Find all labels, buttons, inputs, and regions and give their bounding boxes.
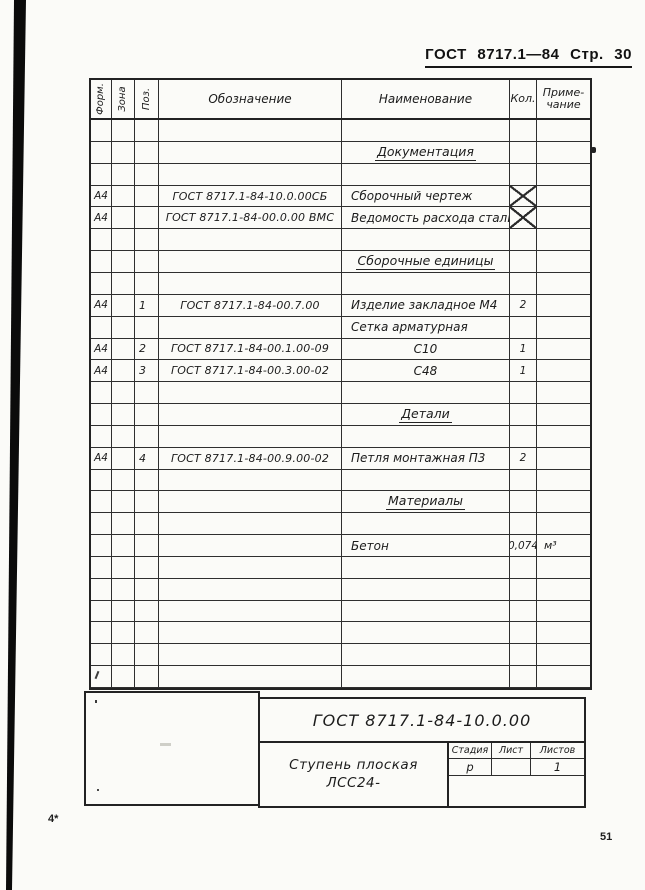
spec-row-20: Бетон0,074м³ <box>91 535 590 557</box>
stage-label: Стадия <box>449 743 492 759</box>
cell-note <box>537 382 590 404</box>
cell-form: А4 <box>91 295 112 317</box>
cell-note <box>537 295 590 317</box>
cell-zone <box>112 579 135 601</box>
cell-zone <box>112 295 135 317</box>
cell-designation <box>159 251 342 273</box>
cell-note <box>537 251 590 273</box>
title-block-left-empty-box <box>84 691 260 806</box>
spec-row-5: А4ГОСТ 8717.1-84-00.0.00 ВМСВедомость ра… <box>91 207 590 229</box>
cell-pos: 1 <box>135 295 159 317</box>
page-number: 51 <box>600 831 612 843</box>
cell-zone <box>112 229 135 251</box>
cell-qty: 2 <box>510 295 537 317</box>
cell-zone <box>112 164 135 186</box>
cell-note <box>537 207 590 229</box>
cell-name: Детали <box>342 404 510 426</box>
cell-qty <box>510 273 537 295</box>
cell-pos <box>135 557 159 579</box>
cell-name: Петля монтажная П3 <box>342 448 510 470</box>
cell-form <box>91 557 112 579</box>
stage-value: р <box>449 759 492 776</box>
cell-zone <box>112 273 135 295</box>
cell-qty <box>510 404 537 426</box>
spec-row-10: Сетка арматурная <box>91 317 590 339</box>
cell-designation <box>159 513 342 535</box>
cell-qty: 2 <box>510 448 537 470</box>
cell-note <box>537 229 590 251</box>
cell-designation <box>159 229 342 251</box>
cell-name: Ведомость расхода стали <box>342 207 510 229</box>
product-name-line2: ЛСС24- <box>326 775 380 793</box>
cell-name: С10 <box>342 339 510 361</box>
spec-row-23 <box>91 601 590 623</box>
cell-qty <box>510 513 537 535</box>
sheet-label: Лист <box>492 743 531 759</box>
cell-zone <box>112 535 135 557</box>
cell-qty <box>510 644 537 666</box>
cell-name: Материалы <box>342 491 510 513</box>
cell-name: Сборочный чертеж <box>342 186 510 208</box>
cell-zone <box>112 448 135 470</box>
cell-qty <box>510 120 537 142</box>
cell-designation: ГОСТ 8717.1-84-00.9.00-02 <box>159 448 342 470</box>
cell-designation <box>159 666 342 688</box>
spec-row-24 <box>91 622 590 644</box>
spec-row-16: А44ГОСТ 8717.1-84-00.9.00-02Петля монтаж… <box>91 448 590 470</box>
cell-pos <box>135 666 159 688</box>
column-header-designation: Обозначение <box>159 80 342 118</box>
cell-name <box>342 164 510 186</box>
cell-pos <box>135 382 159 404</box>
column-header-form: Форм. <box>91 80 112 118</box>
cell-zone <box>112 470 135 492</box>
cell-designation <box>159 622 342 644</box>
spec-row-26 <box>91 666 590 688</box>
cell-qty <box>510 557 537 579</box>
cell-zone <box>112 142 135 164</box>
cell-designation <box>159 491 342 513</box>
cell-note <box>537 142 590 164</box>
cell-name <box>342 273 510 295</box>
cell-pos <box>135 317 159 339</box>
cell-name: Изделие закладное М4 <box>342 295 510 317</box>
spec-row-6 <box>91 229 590 251</box>
page-header: ГОСТ 8717.1—84 Стр. 30 <box>425 46 632 68</box>
section-heading: Материалы <box>386 493 465 510</box>
title-block-lower: Ступень плоская ЛСС24- Стадия Лист Листо… <box>260 743 584 806</box>
qty-cross-mark <box>510 186 537 208</box>
cell-form <box>91 273 112 295</box>
cell-designation <box>159 470 342 492</box>
cell-pos <box>135 404 159 426</box>
cell-designation: ГОСТ 8717.1-84-00.1.00-09 <box>159 339 342 361</box>
cell-form <box>91 164 112 186</box>
sheet-value <box>492 759 531 776</box>
spec-row-9: А41ГОСТ 8717.1-84-00.7.00Изделие закладн… <box>91 295 590 317</box>
cell-pos <box>135 470 159 492</box>
cell-zone <box>112 601 135 623</box>
title-block-designation: ГОСТ 8717.1-84-10.0.00 <box>260 699 584 743</box>
scan-artifact <box>591 147 596 153</box>
cell-note <box>537 317 590 339</box>
cell-qty <box>510 601 537 623</box>
cell-pos <box>135 601 159 623</box>
cell-zone <box>112 513 135 535</box>
cell-qty: 1 <box>510 339 537 361</box>
cell-qty <box>510 579 537 601</box>
cell-name <box>342 120 510 142</box>
cell-zone <box>112 557 135 579</box>
cell-name <box>342 666 510 688</box>
section-heading: Документация <box>375 144 476 161</box>
cell-form <box>91 470 112 492</box>
cell-form <box>91 404 112 426</box>
spec-row-2: Документация <box>91 142 590 164</box>
cell-pos: 3 <box>135 360 159 382</box>
cell-pos <box>135 142 159 164</box>
cell-pos <box>135 273 159 295</box>
cell-name <box>342 622 510 644</box>
cell-designation <box>159 142 342 164</box>
spec-row-1 <box>91 120 590 142</box>
cell-zone <box>112 382 135 404</box>
cell-note <box>537 513 590 535</box>
spec-row-15 <box>91 426 590 448</box>
cell-note <box>537 448 590 470</box>
cell-form <box>91 317 112 339</box>
cell-form <box>91 622 112 644</box>
cell-form <box>91 535 112 557</box>
cell-qty: 1 <box>510 360 537 382</box>
spec-row-13 <box>91 382 590 404</box>
cell-zone <box>112 666 135 688</box>
spec-row-25 <box>91 644 590 666</box>
cell-designation <box>159 164 342 186</box>
specification-table: Форм. Зона Поз. Обозначение Наименование… <box>89 78 592 690</box>
cell-note <box>537 470 590 492</box>
cell-qty <box>510 382 537 404</box>
column-header-qty: Кол. <box>510 80 537 118</box>
cell-form <box>91 382 112 404</box>
cell-name: С48 <box>342 360 510 382</box>
cell-qty <box>510 317 537 339</box>
column-header-pos: Поз. <box>135 80 159 118</box>
spec-row-14: Детали <box>91 404 590 426</box>
cell-qty <box>510 470 537 492</box>
spec-row-19 <box>91 513 590 535</box>
cell-form <box>91 142 112 164</box>
cell-pos: 4 <box>135 448 159 470</box>
scan-artifact <box>95 700 97 703</box>
cell-form: А4 <box>91 186 112 208</box>
cell-note <box>537 186 590 208</box>
section-heading: Сборочные единицы <box>356 253 496 270</box>
product-name-line1: Ступень плоская <box>289 757 418 775</box>
scan-artifact <box>97 789 99 791</box>
cell-designation <box>159 557 342 579</box>
product-name: Ступень плоская ЛСС24- <box>260 743 449 806</box>
cell-designation: ГОСТ 8717.1-84-00.3.00-02 <box>159 360 342 382</box>
cell-zone <box>112 251 135 273</box>
cell-form <box>91 601 112 623</box>
cell-zone <box>112 207 135 229</box>
cell-form: А4 <box>91 448 112 470</box>
cell-designation <box>159 535 342 557</box>
cell-qty: 0,074 <box>510 535 537 557</box>
cell-name <box>342 229 510 251</box>
cell-name: Сборочные единицы <box>342 251 510 273</box>
cell-pos <box>135 622 159 644</box>
cell-name <box>342 382 510 404</box>
column-header-name: Наименование <box>342 80 510 118</box>
cell-qty <box>510 164 537 186</box>
cell-zone <box>112 622 135 644</box>
cell-form <box>91 513 112 535</box>
cell-zone <box>112 339 135 361</box>
cell-note <box>537 426 590 448</box>
cell-form <box>91 491 112 513</box>
cell-note <box>537 644 590 666</box>
spec-row-8 <box>91 273 590 295</box>
cell-designation <box>159 426 342 448</box>
cell-designation <box>159 644 342 666</box>
cell-designation <box>159 579 342 601</box>
cell-note <box>537 579 590 601</box>
cell-note <box>537 404 590 426</box>
cell-pos <box>135 491 159 513</box>
cell-designation <box>159 601 342 623</box>
spec-row-3 <box>91 164 590 186</box>
cell-name <box>342 470 510 492</box>
cell-pos <box>135 644 159 666</box>
cell-qty <box>510 666 537 688</box>
cell-designation: ГОСТ 8717.1-84-10.0.00СБ <box>159 186 342 208</box>
spec-row-17 <box>91 470 590 492</box>
cell-qty <box>510 142 537 164</box>
cell-zone <box>112 426 135 448</box>
cell-pos <box>135 251 159 273</box>
cell-qty <box>510 251 537 273</box>
cell-form <box>91 229 112 251</box>
cell-zone <box>112 120 135 142</box>
cell-note <box>537 557 590 579</box>
cell-zone <box>112 317 135 339</box>
cell-note: м³ <box>537 535 590 557</box>
cell-note <box>537 491 590 513</box>
cell-note <box>537 601 590 623</box>
spec-row-18: Материалы <box>91 491 590 513</box>
cell-name <box>342 513 510 535</box>
cell-name: Документация <box>342 142 510 164</box>
cell-note <box>537 120 590 142</box>
cell-designation <box>159 404 342 426</box>
cell-pos <box>135 513 159 535</box>
cell-designation <box>159 120 342 142</box>
cell-pos <box>135 579 159 601</box>
cell-note <box>537 666 590 688</box>
cell-form <box>91 426 112 448</box>
cell-qty <box>510 622 537 644</box>
stage-sheet-grid: Стадия Лист Листов р 1 <box>449 743 584 806</box>
cell-name: Бетон <box>342 535 510 557</box>
cell-form: А4 <box>91 207 112 229</box>
cell-pos <box>135 207 159 229</box>
spec-row-4: А4ГОСТ 8717.1-84-10.0.00СБСборочный черт… <box>91 186 590 208</box>
cell-zone <box>112 491 135 513</box>
cell-name <box>342 601 510 623</box>
cell-pos <box>135 229 159 251</box>
cell-pos <box>135 186 159 208</box>
cell-name: Сетка арматурная <box>342 317 510 339</box>
cell-note <box>537 273 590 295</box>
spec-table-body: ДокументацияА4ГОСТ 8717.1-84-10.0.00СБСб… <box>91 120 590 688</box>
spec-row-22 <box>91 579 590 601</box>
cell-form: А4 <box>91 339 112 361</box>
spec-table-header-row: Форм. Зона Поз. Обозначение Наименование… <box>91 80 590 120</box>
cell-pos <box>135 164 159 186</box>
cell-zone <box>112 186 135 208</box>
signature-area <box>449 776 584 806</box>
cell-note <box>537 622 590 644</box>
qty-cross-mark <box>510 207 537 229</box>
column-header-note: Приме- чание <box>537 80 590 118</box>
cell-name <box>342 557 510 579</box>
cell-form <box>91 579 112 601</box>
spec-row-21 <box>91 557 590 579</box>
cell-note <box>537 360 590 382</box>
cell-form <box>91 251 112 273</box>
spec-row-11: А42ГОСТ 8717.1-84-00.1.00-09С101 <box>91 339 590 361</box>
cell-name <box>342 426 510 448</box>
cell-form <box>91 120 112 142</box>
cell-form <box>91 644 112 666</box>
cell-note <box>537 339 590 361</box>
column-header-zone: Зона <box>112 80 135 118</box>
cell-qty <box>510 426 537 448</box>
scanned-gost-spec-page: ГОСТ 8717.1—84 Стр. 30 Форм. Зона Поз. О… <box>0 0 645 890</box>
spec-row-7: Сборочные единицы <box>91 251 590 273</box>
cell-zone <box>112 644 135 666</box>
cell-qty <box>510 229 537 251</box>
cell-designation: ГОСТ 8717.1-84-00.7.00 <box>159 295 342 317</box>
cell-zone <box>112 404 135 426</box>
cell-pos <box>135 120 159 142</box>
cell-zone <box>112 360 135 382</box>
cell-pos <box>135 426 159 448</box>
cell-designation: ГОСТ 8717.1-84-00.0.00 ВМС <box>159 207 342 229</box>
section-heading: Детали <box>399 406 452 423</box>
footer-print-mark: 4* <box>48 813 58 825</box>
cell-pos: 2 <box>135 339 159 361</box>
cell-qty <box>510 491 537 513</box>
cell-form: А4 <box>91 360 112 382</box>
spec-row-12: А43ГОСТ 8717.1-84-00.3.00-02С481 <box>91 360 590 382</box>
scan-artifact <box>160 743 171 746</box>
cell-designation <box>159 273 342 295</box>
sheets-label: Листов <box>531 743 584 759</box>
sheets-value: 1 <box>531 759 584 776</box>
cell-designation <box>159 382 342 404</box>
cell-name <box>342 644 510 666</box>
cell-note <box>537 164 590 186</box>
title-block: ГОСТ 8717.1-84-10.0.00 Ступень плоская Л… <box>258 697 586 808</box>
cell-name <box>342 579 510 601</box>
cell-designation <box>159 317 342 339</box>
cell-pos <box>135 535 159 557</box>
